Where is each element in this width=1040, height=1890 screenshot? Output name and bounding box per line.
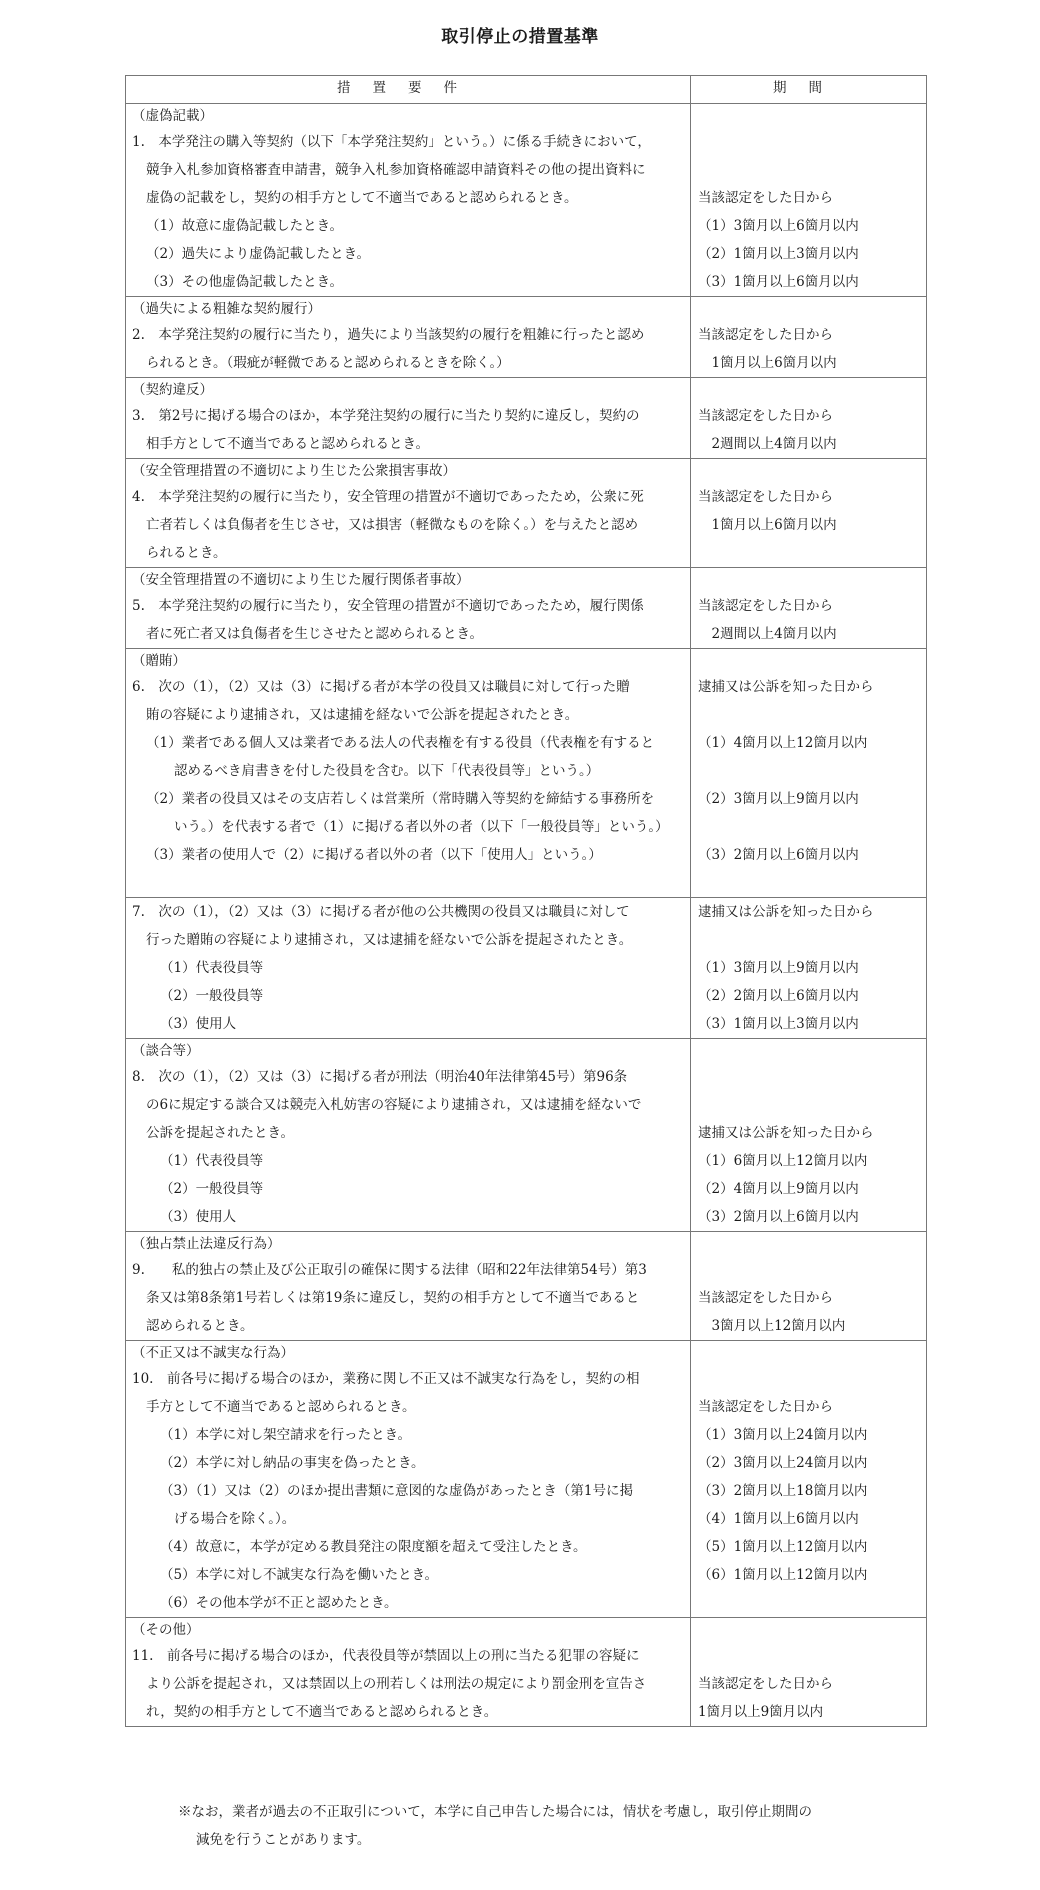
period-line: （1）4箇月以上12箇月以内	[691, 729, 926, 757]
period-line: （3）2箇月以上6箇月以内	[691, 841, 926, 869]
requirement-line: （4）故意に，本学が定める教員発注の限度額を超えて受注したとき。	[126, 1533, 690, 1561]
period-line: 当該認定をした日から	[691, 321, 926, 349]
requirement-cell: （独占禁止法違反行為）9. 私的独占の禁止及び公正取引の確保に関する法律（昭和2…	[126, 1232, 691, 1341]
requirement-line: 者に死亡者又は負傷者を生じさせたと認められるとき。	[126, 620, 690, 648]
requirement-line: 虚偽の記載をし，契約の相手方として不適当であると認められるとき。	[126, 184, 690, 212]
requirement-line: げる場合を除く。）。	[126, 1505, 690, 1533]
requirement-line: 公訴を提起されたとき。	[126, 1119, 690, 1147]
period-line: （1）3箇月以上24箇月以内	[691, 1421, 926, 1449]
requirement-line: れ，契約の相手方として不適当であると認められるとき。	[126, 1698, 690, 1726]
requirement-line: の6に規定する談合又は競売入札妨害の容疑により逮捕され，又は逮捕を経ないで	[126, 1091, 690, 1119]
period-cell: 当該認定をした日から 1箇月以上6箇月以内	[691, 459, 927, 568]
period-cell: 当該認定をした日から（1）3箇月以上24箇月以内（2）3箇月以上24箇月以内（3…	[691, 1341, 927, 1618]
period-line: （2）2箇月以上6箇月以内	[691, 982, 926, 1010]
period-line: 逮捕又は公訴を知った日から	[691, 1119, 926, 1147]
table-row: （過失による粗雑な契約履行）2. 本学発注契約の履行に当たり，過失により当該契約…	[126, 297, 927, 378]
category-label: （安全管理措置の不適切により生じた履行関係者事故）	[126, 568, 690, 592]
requirement-line: （3）（1）又は（2）のほか提出書類に意図的な虚偽があったとき（第1号に掲	[126, 1477, 690, 1505]
period-line: 1箇月以上9箇月以内	[691, 1698, 926, 1726]
requirement-line: 9. 私的独占の禁止及び公正取引の確保に関する法律（昭和22年法律第54号）第3	[126, 1256, 690, 1284]
page-title: 取引停止の措置基準	[0, 22, 1040, 47]
requirement-line: （1）代表役員等	[126, 954, 690, 982]
period-cell: 当該認定をした日から 2週間以上4箇月以内	[691, 378, 927, 459]
period-line: （2）3箇月以上24箇月以内	[691, 1449, 926, 1477]
requirement-line: られるとき。（瑕疵が軽微であると認められるときを除く。）	[126, 349, 690, 377]
period-line: 逮捕又は公訴を知った日から	[691, 673, 926, 701]
requirement-line: （2）一般役員等	[126, 982, 690, 1010]
period-line: 2週間以上4箇月以内	[691, 620, 926, 648]
requirement-line: 認められるとき。	[126, 1312, 690, 1340]
period-line: 当該認定をした日から	[691, 184, 926, 212]
period-line: 当該認定をした日から	[691, 402, 926, 430]
category-label: （虚偽記載）	[126, 104, 690, 128]
table-row: 7. 次の（1），（2）又は（3）に掲げる者が他の公共機関の役員又は職員に対して…	[126, 898, 927, 1039]
table-row: （安全管理措置の不適切により生じた履行関係者事故）5. 本学発注契約の履行に当た…	[126, 568, 927, 649]
criteria-table: 措置要件 期間 （虚偽記載）1. 本学発注の購入等契約（以下「本学発注契約」とい…	[125, 75, 927, 1727]
requirement-line: （1）故意に虚偽記載したとき。	[126, 212, 690, 240]
requirement-cell: （その他）11. 前各号に掲げる場合のほか，代表役員等が禁固以上の刑に当たる犯罪…	[126, 1618, 691, 1727]
requirement-line: 相手方として不適当であると認められるとき。	[126, 430, 690, 458]
requirement-cell: （談合等）8. 次の（1），（2）又は（3）に掲げる者が刑法（明治40年法律第4…	[126, 1039, 691, 1232]
table-row: （贈賄）6. 次の（1），（2）又は（3）に掲げる者が本学の役員又は職員に対して…	[126, 649, 927, 898]
table-row: （不正又は不誠実な行為）10. 前各号に掲げる場合のほか，業務に関し不正又は不誠…	[126, 1341, 927, 1618]
category-label: （契約違反）	[126, 378, 690, 402]
requirement-cell: （虚偽記載）1. 本学発注の購入等契約（以下「本学発注契約」という。）に係る手続…	[126, 104, 691, 297]
table-body: （虚偽記載）1. 本学発注の購入等契約（以下「本学発注契約」という。）に係る手続…	[126, 104, 927, 1727]
period-line: （2）4箇月以上9箇月以内	[691, 1175, 926, 1203]
requirement-line: 条又は第8条第1号若しくは第19条に違反し，契約の相手方として不適当であると	[126, 1284, 690, 1312]
category-label: （不正又は不誠実な行為）	[126, 1341, 690, 1365]
footnote-line-1: ※なお，業者が過去の不正取引について，本学に自己申告した場合には，情状を考慮し，…	[178, 1798, 898, 1826]
period-line: 1箇月以上6箇月以内	[691, 511, 926, 539]
requirement-line: （2）業者の役員又はその支店若しくは営業所（常時購入等契約を締結する事務所を	[126, 785, 690, 813]
requirement-line: （1）業者である個人又は業者である法人の代表権を有する役員（代表権を有すると	[126, 729, 690, 757]
table-row: （安全管理措置の不適切により生じた公衆損害事故）4. 本学発注契約の履行に当たり…	[126, 459, 927, 568]
requirement-cell: （過失による粗雑な契約履行）2. 本学発注契約の履行に当たり，過失により当該契約…	[126, 297, 691, 378]
requirement-line: 4. 本学発注契約の履行に当たり，安全管理の措置が不適切であったため，公衆に死	[126, 483, 690, 511]
period-line	[691, 813, 926, 841]
period-line	[691, 701, 926, 729]
requirement-line: （1）本学に対し架空請求を行ったとき。	[126, 1421, 690, 1449]
requirement-line: 賄の容疑により逮捕され，又は逮捕を経ないで公訴を提起されたとき。	[126, 701, 690, 729]
requirement-line: より公訴を提起され，又は禁固以上の刑若しくは刑法の規定により罰金刑を宣告さ	[126, 1670, 690, 1698]
requirement-line: 1. 本学発注の購入等契約（以下「本学発注契約」という。）に係る手続きにおいて，	[126, 128, 690, 156]
period-line: 当該認定をした日から	[691, 592, 926, 620]
period-line: （3）1箇月以上6箇月以内	[691, 268, 926, 296]
requirement-line: 競争入札参加資格審査申請書，競争入札参加資格確認申請資料その他の提出資料に	[126, 156, 690, 184]
requirement-line: いう。）を代表する者で（1）に掲げる者以外の者（以下「一般役員等」という。）	[126, 813, 690, 841]
requirement-cell: 7. 次の（1），（2）又は（3）に掲げる者が他の公共機関の役員又は職員に対して…	[126, 898, 691, 1039]
requirement-line: （3）その他虚偽記載したとき。	[126, 268, 690, 296]
requirement-line: 10. 前各号に掲げる場合のほか，業務に関し不正又は不誠実な行為をし，契約の相	[126, 1365, 690, 1393]
period-line: （6）1箇月以上12箇月以内	[691, 1561, 926, 1589]
category-label: （贈賄）	[126, 649, 690, 673]
requirement-line: （3）業者の使用人で（2）に掲げる者以外の者（以下「使用人」という。）	[126, 841, 690, 869]
period-line: （1）3箇月以上6箇月以内	[691, 212, 926, 240]
period-cell: 当該認定をした日から 1箇月以上6箇月以内	[691, 297, 927, 378]
period-line: （1）3箇月以上9箇月以内	[691, 954, 926, 982]
period-line: 3箇月以上12箇月以内	[691, 1312, 926, 1340]
requirement-cell: （安全管理措置の不適切により生じた公衆損害事故）4. 本学発注契約の履行に当たり…	[126, 459, 691, 568]
table-row: （談合等）8. 次の（1），（2）又は（3）に掲げる者が刑法（明治40年法律第4…	[126, 1039, 927, 1232]
period-line: 1箇月以上6箇月以内	[691, 349, 926, 377]
period-line: 2週間以上4箇月以内	[691, 430, 926, 458]
period-cell: 当該認定をした日から（1）3箇月以上6箇月以内（2）1箇月以上3箇月以内（3）1…	[691, 104, 927, 297]
period-line: （2）1箇月以上3箇月以内	[691, 240, 926, 268]
period-line	[691, 926, 926, 954]
requirement-line: 11. 前各号に掲げる場合のほか，代表役員等が禁固以上の刑に当たる犯罪の容疑に	[126, 1642, 690, 1670]
period-line: （4）1箇月以上6箇月以内	[691, 1505, 926, 1533]
table-header-row: 措置要件 期間	[126, 76, 927, 104]
requirement-line: 認めるべき肩書きを付した役員を含む。以下「代表役員等」という。）	[126, 757, 690, 785]
requirement-line: （3）使用人	[126, 1203, 690, 1231]
period-line: （1）6箇月以上12箇月以内	[691, 1147, 926, 1175]
footnote-line-2: 減免を行うことがあります。	[178, 1826, 898, 1854]
category-label: （安全管理措置の不適切により生じた公衆損害事故）	[126, 459, 690, 483]
requirement-line: （6）その他本学が不正と認めたとき。	[126, 1589, 690, 1617]
requirement-line: （2）一般役員等	[126, 1175, 690, 1203]
table-row: （独占禁止法違反行為）9. 私的独占の禁止及び公正取引の確保に関する法律（昭和2…	[126, 1232, 927, 1341]
period-cell: 逮捕又は公訴を知った日から（1）3箇月以上9箇月以内（2）2箇月以上6箇月以内（…	[691, 898, 927, 1039]
period-line: （3）2箇月以上18箇月以内	[691, 1477, 926, 1505]
requirement-cell: （贈賄）6. 次の（1），（2）又は（3）に掲げる者が本学の役員又は職員に対して…	[126, 649, 691, 898]
period-line: 当該認定をした日から	[691, 1284, 926, 1312]
period-line: 逮捕又は公訴を知った日から	[691, 898, 926, 926]
requirement-line: （3）使用人	[126, 1010, 690, 1038]
requirement-line: （5）本学に対し不誠実な行為を働いたとき。	[126, 1561, 690, 1589]
period-cell: 当該認定をした日から 2週間以上4箇月以内	[691, 568, 927, 649]
requirement-line: 8. 次の（1），（2）又は（3）に掲げる者が刑法（明治40年法律第45号）第9…	[126, 1063, 690, 1091]
period-line: （3）1箇月以上3箇月以内	[691, 1010, 926, 1038]
category-label: （談合等）	[126, 1039, 690, 1063]
period-cell: 逮捕又は公訴を知った日から（1）6箇月以上12箇月以内（2）4箇月以上9箇月以内…	[691, 1039, 927, 1232]
period-cell: 逮捕又は公訴を知った日から（1）4箇月以上12箇月以内（2）3箇月以上9箇月以内…	[691, 649, 927, 898]
requirement-line: 亡者若しくは負傷者を生じさせ，又は損害（軽微なものを除く。）を与えたと認め	[126, 511, 690, 539]
table-row: （契約違反）3. 第2号に掲げる場合のほか，本学発注契約の履行に当たり契約に違反…	[126, 378, 927, 459]
header-period: 期間	[691, 76, 927, 104]
requirement-line: 行った贈賄の容疑により逮捕され，又は逮捕を経ないで公訴を提起されたとき。	[126, 926, 690, 954]
requirement-line: 2. 本学発注契約の履行に当たり，過失により当該契約の履行を粗雑に行ったと認め	[126, 321, 690, 349]
period-line: 当該認定をした日から	[691, 1393, 926, 1421]
requirement-line: 手方として不適当であると認められるとき。	[126, 1393, 690, 1421]
period-line: （5）1箇月以上12箇月以内	[691, 1533, 926, 1561]
requirement-line: 7. 次の（1），（2）又は（3）に掲げる者が他の公共機関の役員又は職員に対して	[126, 898, 690, 926]
category-label: （独占禁止法違反行為）	[126, 1232, 690, 1256]
requirement-line: （1）代表役員等	[126, 1147, 690, 1175]
requirement-line: 6. 次の（1），（2）又は（3）に掲げる者が本学の役員又は職員に対して行った贈	[126, 673, 690, 701]
requirement-line: 5. 本学発注契約の履行に当たり，安全管理の措置が不適切であったため，履行関係	[126, 592, 690, 620]
requirement-cell: （不正又は不誠実な行為）10. 前各号に掲げる場合のほか，業務に関し不正又は不誠…	[126, 1341, 691, 1618]
footnote: ※なお，業者が過去の不正取引について，本学に自己申告した場合には，情状を考慮し，…	[178, 1798, 898, 1854]
requirement-line: （2）本学に対し納品の事実を偽ったとき。	[126, 1449, 690, 1477]
category-label: （過失による粗雑な契約履行）	[126, 297, 690, 321]
period-line: 当該認定をした日から	[691, 483, 926, 511]
requirement-line	[126, 869, 690, 897]
header-requirement: 措置要件	[126, 76, 691, 104]
table-row: （虚偽記載）1. 本学発注の購入等契約（以下「本学発注契約」という。）に係る手続…	[126, 104, 927, 297]
requirement-line: （2）過失により虚偽記載したとき。	[126, 240, 690, 268]
period-line	[691, 757, 926, 785]
requirement-line: られるとき。	[126, 539, 690, 567]
table-row: （その他）11. 前各号に掲げる場合のほか，代表役員等が禁固以上の刑に当たる犯罪…	[126, 1618, 927, 1727]
period-line: 当該認定をした日から	[691, 1670, 926, 1698]
requirement-line: 3. 第2号に掲げる場合のほか，本学発注契約の履行に当たり契約に違反し，契約の	[126, 402, 690, 430]
period-line: （3）2箇月以上6箇月以内	[691, 1203, 926, 1231]
period-cell: 当該認定をした日から1箇月以上9箇月以内	[691, 1618, 927, 1727]
period-cell: 当該認定をした日から 3箇月以上12箇月以内	[691, 1232, 927, 1341]
category-label: （その他）	[126, 1618, 690, 1642]
requirement-cell: （契約違反）3. 第2号に掲げる場合のほか，本学発注契約の履行に当たり契約に違反…	[126, 378, 691, 459]
requirement-cell: （安全管理措置の不適切により生じた履行関係者事故）5. 本学発注契約の履行に当た…	[126, 568, 691, 649]
period-line: （2）3箇月以上9箇月以内	[691, 785, 926, 813]
